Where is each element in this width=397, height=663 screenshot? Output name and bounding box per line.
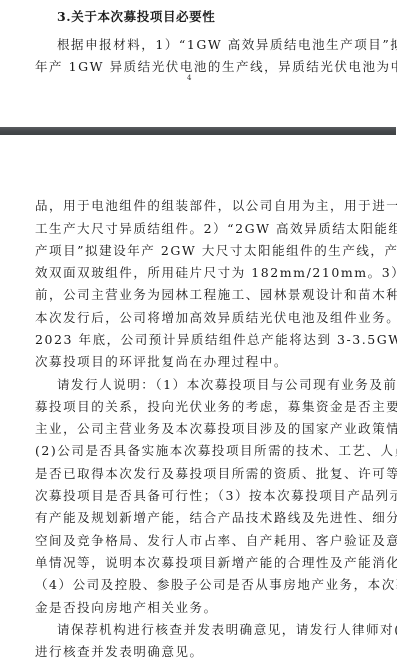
text-line: 请发行人说明：（1）本次募投项目与公司现有业务及前次 bbox=[57, 377, 345, 393]
text-line: （4）公司及控股、参股子公司是否从事房地产业务，本次募集资 bbox=[35, 577, 345, 593]
document-page-top: 3.关于本次募投项目必要性 根据申报材料，1）“1GW 高效异质结电池生产项目”… bbox=[0, 0, 397, 127]
text-line: 进行核查并发表明确意见。 bbox=[35, 644, 345, 660]
page-separator bbox=[0, 127, 396, 135]
text-line: 请保荐机构进行核查并发表明确意见，请发行人律师对(4) bbox=[57, 622, 345, 638]
text-line: 次募投项目的环评批复尚在办理过程中。 bbox=[35, 354, 345, 370]
text-line: 主业，公司主营业务及本次募投项目涉及的国家产业政策情况； bbox=[35, 421, 345, 437]
text-line: 募投项目的关系，投向光伏业务的考虑，募集资金是否主要投向 bbox=[35, 399, 345, 415]
text-line: 品，用于电池组件的组装部件，以公司自用为主，用于进一步加 bbox=[35, 198, 345, 214]
page-number: 4 bbox=[187, 74, 191, 82]
text-line: (2)公司是否具备实施本次募投项目所需的技术、工艺、人员等， bbox=[35, 443, 345, 459]
section-heading: 3.关于本次募投项目必要性 bbox=[57, 7, 215, 25]
text-line: 根据申报材料，1）“1GW 高效异质结电池生产项目”拟建设 bbox=[57, 37, 345, 53]
text-line: 单情况等，说明本次募投项目新增产能的合理性及产能消化措施； bbox=[35, 555, 345, 571]
text-line: 空间及竞争格局、发行人市占率、自产耗用、客户验证及意向订 bbox=[35, 533, 345, 549]
text-line: 金是否投向房地产相关业务。 bbox=[35, 600, 345, 616]
text-line: 2023 年底，公司预计异质结组件总产能将达到 3-3.5GW。5）本 bbox=[35, 332, 345, 348]
document-page-bottom: 品，用于电池组件的组装部件，以公司自用为主，用于进一步加 工生产大尺寸异质结组件… bbox=[0, 135, 397, 663]
text-line: 产项目”拟建设年产 2GW 大尺寸太阳能组件的生产线，产品为高 bbox=[35, 243, 345, 259]
text-line: 次募投项目是否具备可行性；（3）按本次募投项目产品列示现 bbox=[35, 488, 345, 504]
text-line: 效双面双玻组件，所用硅片尺寸为 182mm/210mm。3）本次发行 bbox=[35, 265, 345, 281]
text-line: 本次发行后，公司将增加高效异质结光伏电池及组件业务。4） bbox=[35, 310, 345, 326]
text-line: 是否已取得本次发行及募投项目所需的资质、批复、许可等，本 bbox=[35, 466, 345, 482]
text-line: 年产 1GW 异质结光伏电池的生产线，异质结光伏电池为中间产 bbox=[35, 59, 345, 75]
text-line: 前，公司主营业务为园林工程施工、园林景观设计和苗木种植等； bbox=[35, 287, 345, 303]
text-line: 工生产大尺寸异质结组件。2）“2GW 高效异质结太阳能组件生 bbox=[35, 221, 345, 237]
text-line: 有产能及规划新增产能，结合产品技术路线及先进性、细分市场 bbox=[35, 510, 345, 526]
